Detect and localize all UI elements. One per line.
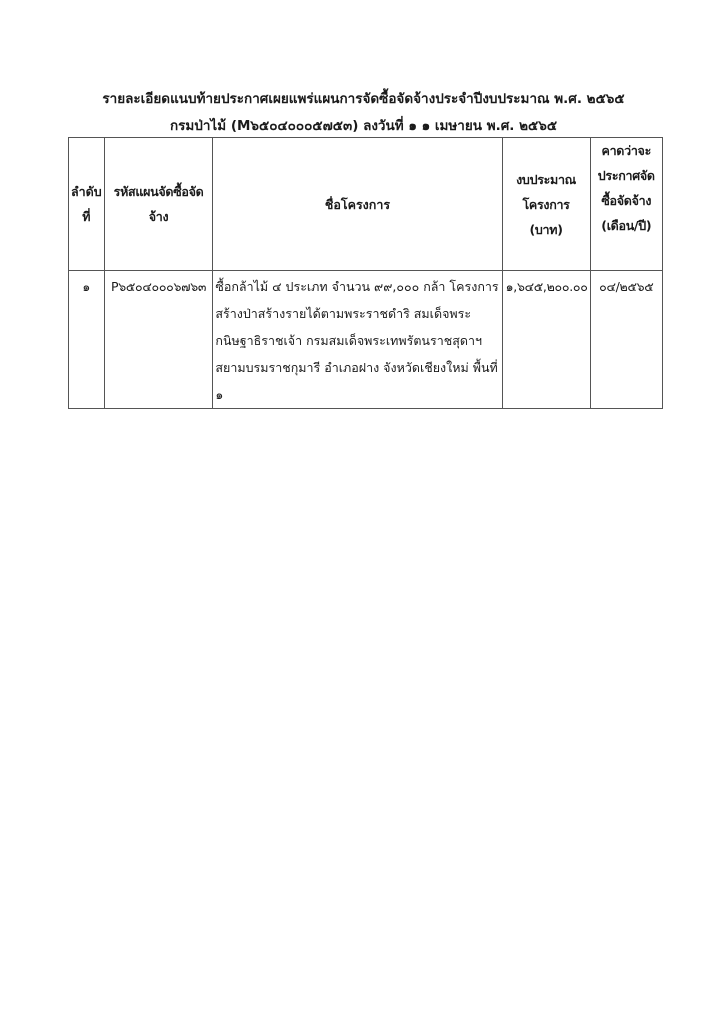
table-header-row: ลำดับที่ รหัสแผนจัดซื้อจัดจ้าง ชื่อโครงก… bbox=[69, 138, 663, 271]
row-expected-month: ๐๔/๒๕๖๕ bbox=[590, 271, 662, 409]
document-subtitle: กรมป่าไม้ (M๖๕๐๔๐๐๐๕๗๕๓) ลงวันที่ ๑ ๑ เม… bbox=[0, 114, 727, 136]
column-header-budget: งบประมาณโครงการ (บาท) bbox=[502, 138, 590, 271]
column-header-no: ลำดับที่ bbox=[69, 138, 105, 271]
column-header-code: รหัสแผนจัดซื้อจัดจ้าง bbox=[104, 138, 213, 271]
row-plan-code: P๖๕๐๔๐๐๐๖๗๖๓ bbox=[104, 271, 213, 409]
column-header-expected-month: คาดว่าจะประกาศจัดซื้อจัดจ้าง (เดือน/ปี) bbox=[590, 138, 662, 271]
document-title: รายละเอียดแนบท้ายประกาศเผยแพร่แผนการจัดซ… bbox=[0, 87, 727, 109]
row-project-name: ซื้อกล้าไม้ ๔ ประเภท จำนวน ๙๙,๐๐๐ กล้า โ… bbox=[213, 271, 502, 409]
row-no: ๑ bbox=[69, 271, 105, 409]
row-budget: ๑,๖๔๕,๒๐๐.๐๐ bbox=[502, 271, 590, 409]
column-header-project-name: ชื่อโครงการ bbox=[213, 138, 502, 271]
table-row: ๑ P๖๕๐๔๐๐๐๖๗๖๓ ซื้อกล้าไม้ ๔ ประเภท จำนว… bbox=[69, 271, 663, 409]
procurement-plan-table: ลำดับที่ รหัสแผนจัดซื้อจัดจ้าง ชื่อโครงก… bbox=[68, 137, 663, 409]
